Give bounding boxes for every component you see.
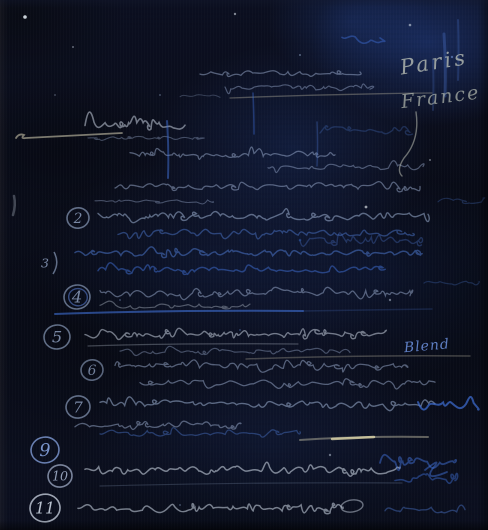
script-line-7	[115, 182, 420, 192]
script-line-4	[88, 136, 204, 140]
script-line-9	[98, 209, 429, 223]
chalk-rule-left	[16, 133, 122, 138]
script-line-5	[130, 147, 335, 159]
script-line-11	[75, 247, 422, 258]
script-line-2	[225, 84, 374, 94]
script-line-16	[120, 346, 350, 355]
list-marker-10-label: 10	[52, 468, 68, 483]
script-line-29	[342, 36, 385, 43]
script-line-21	[100, 428, 300, 438]
script-line-17	[115, 360, 408, 372]
paint-speck-10	[299, 239, 302, 242]
list-marker-5-label: 5	[52, 328, 62, 347]
paint-speck-9	[119, 299, 121, 301]
paint-speck-12	[54, 94, 56, 96]
handwriting-layer: 23456791011 Paris France Blend	[0, 0, 488, 530]
script-line-13	[100, 287, 413, 299]
margin-smudge	[13, 196, 15, 215]
paint-drip-2	[253, 93, 254, 134]
underline-item4-ext	[303, 309, 432, 311]
script-line-8	[95, 200, 214, 204]
script-line-23	[78, 503, 343, 514]
script-line-26	[438, 198, 485, 204]
inscription-france: France	[399, 82, 482, 114]
script-line-1	[200, 71, 361, 77]
list-marker-9-label: 9	[39, 441, 50, 461]
paint-speck-15	[329, 454, 331, 456]
script-line-15	[85, 328, 386, 339]
rule-item10	[100, 483, 402, 486]
list-marker-3-label: 3	[41, 255, 49, 270]
paint-drip-3	[317, 122, 318, 166]
paint-speck-13	[389, 299, 391, 301]
flourish-oval-item11	[340, 499, 363, 514]
paint-speck-3	[234, 13, 236, 15]
paint-speck-6	[159, 94, 161, 96]
script-line-24	[380, 455, 456, 470]
script-line-30	[385, 505, 465, 513]
chalk-scuff-mid	[246, 356, 470, 359]
script-line-18	[140, 379, 435, 389]
script-line-31	[395, 473, 458, 483]
paint-speck-14	[239, 329, 241, 331]
list-marker-2-label: 2	[73, 211, 83, 227]
underline-item5	[88, 344, 298, 346]
painting-photo: 23456791011 Paris France Blend	[0, 0, 488, 530]
list-marker-3-paren	[53, 252, 57, 274]
paint-drip-1	[167, 121, 168, 178]
underline-item4	[55, 311, 303, 314]
list-marker-7-label: 7	[73, 398, 83, 416]
list-marker-6-label: 6	[88, 363, 97, 379]
paint-speck-1	[23, 15, 27, 19]
script-line-3	[85, 112, 185, 130]
paint-speck-7	[365, 206, 368, 209]
script-line-12	[98, 263, 385, 275]
paint-speck-4	[409, 24, 412, 27]
paint-speck-2	[72, 46, 74, 48]
script-line-14	[100, 301, 250, 309]
list-marker-11-label: 11	[35, 499, 55, 518]
paint-speck-11	[429, 159, 431, 161]
inscription-blend: Blend	[402, 336, 450, 356]
script-line-19	[100, 397, 435, 411]
script-line-33	[320, 126, 413, 135]
script-line-10	[118, 229, 414, 239]
script-line-28	[180, 95, 220, 98]
script-line-32	[300, 233, 422, 246]
script-line-20	[75, 421, 241, 429]
list-marker-4-label: 4	[71, 288, 82, 307]
script-line-25	[418, 397, 479, 410]
paint-speck-16	[179, 504, 181, 506]
script-line-27	[424, 281, 479, 285]
script-line-22	[85, 462, 400, 476]
paint-speck-5	[299, 54, 301, 56]
